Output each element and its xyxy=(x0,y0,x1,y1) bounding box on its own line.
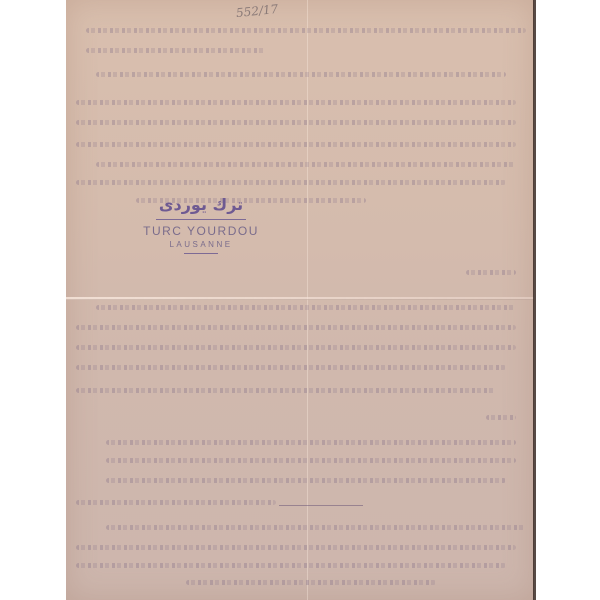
handwriting-line xyxy=(76,545,516,550)
handwriting-line xyxy=(106,440,516,445)
handwriting-line xyxy=(76,563,506,568)
horizontal-fold xyxy=(66,297,534,300)
handwriting-line xyxy=(76,100,516,105)
handwriting-line xyxy=(76,142,516,147)
handwriting-line xyxy=(76,120,516,125)
handwriting-line xyxy=(466,270,516,275)
handwriting-line xyxy=(86,28,526,33)
handwriting-line xyxy=(106,458,516,463)
handwriting-line xyxy=(106,525,526,530)
handwriting-line xyxy=(76,500,276,505)
stamp-underline xyxy=(184,253,218,254)
handwriting-line xyxy=(96,72,506,77)
handwriting-line xyxy=(86,48,266,53)
handwriting-line xyxy=(96,305,516,310)
document-page: 552/17 ترك يوردى TURC YOURDOU LAUSANNE xyxy=(66,0,534,600)
vertical-fold xyxy=(307,0,308,600)
stamp-name: TURC YOURDOU xyxy=(116,224,286,238)
handwriting-line xyxy=(186,580,436,585)
section-separator xyxy=(279,505,363,506)
archive-number: 552/17 xyxy=(235,2,278,20)
stamp-rule xyxy=(156,219,246,220)
paper-edge xyxy=(533,0,536,600)
handwriting-line xyxy=(76,345,516,350)
stamp-arabic-text: ترك يوردى xyxy=(116,195,286,214)
handwriting-line xyxy=(96,162,516,167)
handwriting-line xyxy=(76,180,506,185)
handwriting-line xyxy=(486,415,516,420)
handwriting-line xyxy=(76,325,516,330)
handwriting-line xyxy=(76,388,496,393)
handwriting-line xyxy=(76,365,506,370)
turc-yourdou-stamp: ترك يوردى TURC YOURDOU LAUSANNE xyxy=(116,195,286,254)
handwriting-line xyxy=(106,478,506,483)
stamp-city: LAUSANNE xyxy=(116,240,286,249)
